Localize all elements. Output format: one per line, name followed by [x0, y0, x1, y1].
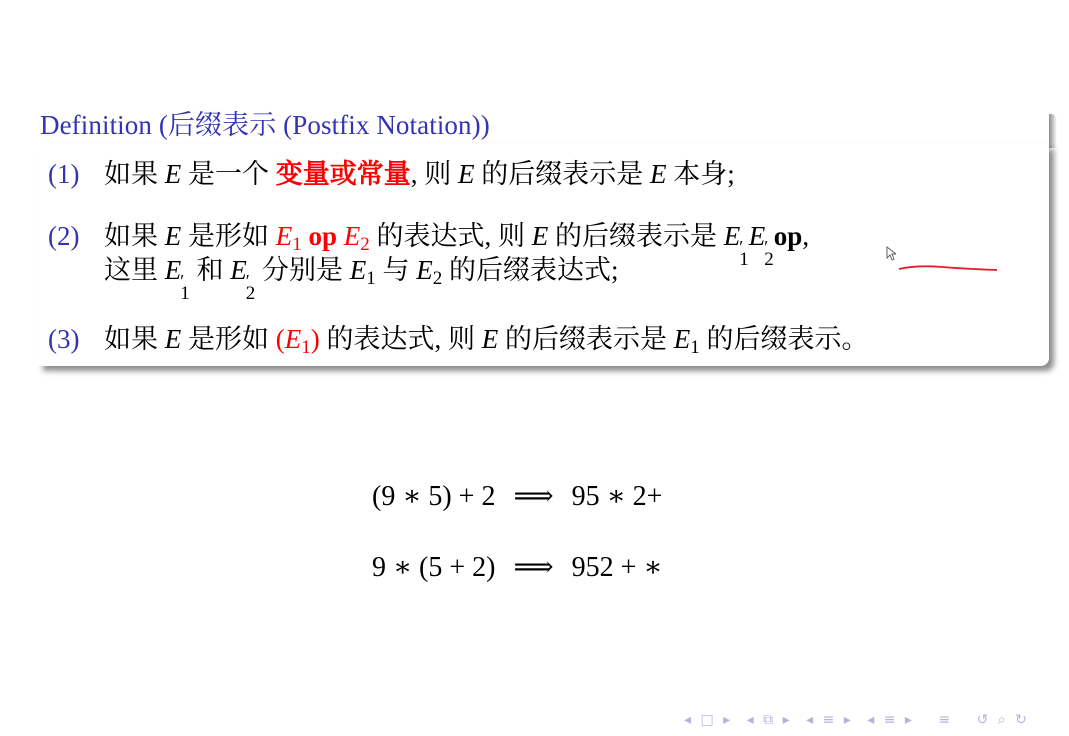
nav-next-frame-icon[interactable]: ▸ — [723, 712, 730, 728]
item-3-content: 如果 E 是形如 (E1) 的表达式, 则 E 的后缀表示是 E1 的后缀表示。 — [104, 322, 869, 356]
item-2-line-2: 这里 E′1 和 E′2 分别是 E1 与 E2 的后缀表达式; — [104, 253, 619, 303]
definition-item-1: (1) — [48, 157, 104, 191]
item-number: (2) — [48, 219, 104, 253]
definition-item-3: (3) — [48, 322, 104, 356]
nav-subsection-icon[interactable]: ≡ — [884, 712, 896, 728]
definition-title: Definition (后缀表示 (Postfix Notation)) — [40, 103, 490, 142]
nav-search-icon[interactable]: ⌕ — [998, 712, 1006, 728]
item-number: (3) — [48, 322, 104, 356]
nav-back-icon[interactable]: ↺ — [977, 712, 989, 728]
nav-prev-slide-icon[interactable]: ◂ — [747, 712, 754, 728]
example-2: 9 ∗ (5 + 2)⟹952 + ∗ — [372, 550, 662, 584]
implies-arrow: ⟹ — [513, 479, 553, 513]
item-number: (1) — [48, 157, 104, 191]
nav-slides-icon[interactable]: ⧉ — [763, 712, 773, 728]
nav-forward-icon[interactable]: ↻ — [1015, 712, 1027, 728]
parenthesized-form: (E1) — [276, 324, 320, 354]
nav-next-subsection-icon[interactable]: ▸ — [905, 712, 912, 728]
definition-block: (1) 如果 E 是一个 变量或常量, 则 E 的后缀表示是 E 本身; (2)… — [38, 144, 1049, 366]
nav-document-icon[interactable]: ≡ — [938, 712, 950, 728]
nav-prev-subsection-icon[interactable]: ◂ — [867, 712, 874, 728]
postfix-expression: 95 ∗ 2+ — [572, 481, 663, 512]
infix-expression: 9 ∗ (5 + 2) — [372, 552, 495, 583]
nav-prev-frame-icon[interactable]: ◂ — [684, 712, 691, 728]
postfix-result: E′1E′2op, — [724, 221, 809, 251]
highlight-variable-or-constant: 变量或常量 — [276, 159, 411, 189]
postfix-expression: 952 + ∗ — [572, 552, 663, 583]
red-underline-annotation — [897, 263, 1001, 273]
expression-form: E1 op E2 — [276, 221, 370, 251]
nav-frame-icon[interactable]: □ — [700, 712, 713, 728]
slide: Definition (后缀表示 (Postfix Notation)) (1)… — [0, 0, 1069, 736]
item-1-content: 如果 E 是一个 变量或常量, 则 E 的后缀表示是 E 本身; — [104, 157, 735, 191]
block-shadow — [1049, 114, 1057, 148]
nav-prev-section-icon[interactable]: ◂ — [806, 712, 813, 728]
example-1: (9 ∗ 5) + 2⟹95 ∗ 2+ — [372, 479, 662, 513]
nav-next-slide-icon[interactable]: ▸ — [783, 712, 790, 728]
implies-arrow: ⟹ — [513, 550, 553, 584]
definition-item-2: (2) — [48, 219, 104, 253]
nav-next-section-icon[interactable]: ▸ — [844, 712, 851, 728]
infix-expression: (9 ∗ 5) + 2 — [372, 481, 495, 512]
nav-section-icon[interactable]: ≡ — [823, 712, 835, 728]
mouse-cursor-icon — [886, 246, 896, 262]
beamer-navigation-bar: ◂ □ ▸ ◂ ⧉ ▸ ◂ ≡ ▸ ◂ ≡ ▸ ≡ ↺ ⌕ ↻ — [684, 712, 1032, 728]
